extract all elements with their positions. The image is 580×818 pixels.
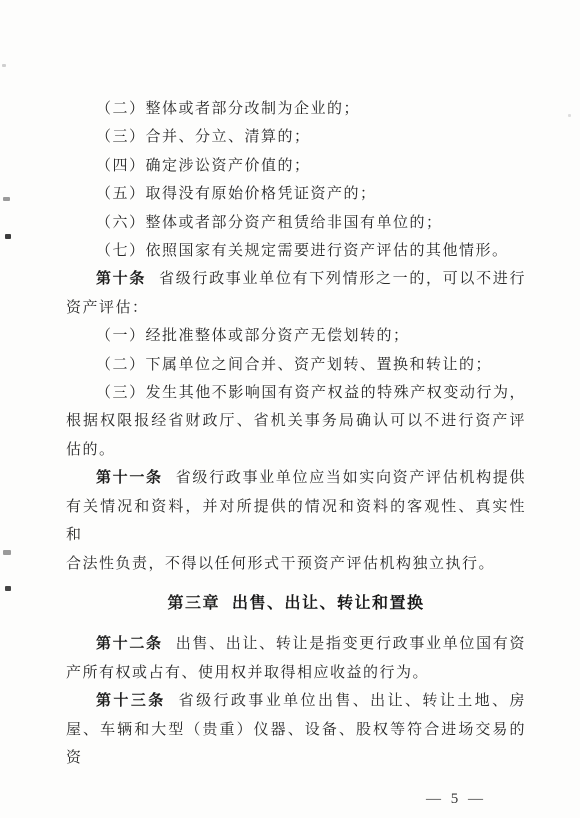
paragraph-line: 有关情况和资料，并对所提供的情况和资料的客观性、真实性和	[66, 493, 526, 550]
document-page: （二）整体或者部分改制为企业的； （三）合并、分立、清算的； （四）确定涉讼资产…	[0, 0, 580, 818]
clause-item: （一）经批准整体或部分资产无偿划转的；	[66, 322, 526, 350]
article-text: 省级行政事业单位出售、出让、转让土地、房	[179, 693, 526, 709]
scan-artifact	[3, 197, 10, 201]
clause-item: （七）依照国家有关规定需要进行资产评估的其他情形。	[66, 237, 526, 265]
clause-item: （四）确定涉讼资产价值的；	[66, 152, 526, 180]
scan-artifact	[568, 114, 571, 117]
paragraph-line: 产所有权或占有、使用权并取得相应收益的行为。	[66, 659, 526, 687]
scan-artifact	[2, 64, 6, 67]
article-line: 第十条省级行政事业单位有下列情形之一的，可以不进行	[66, 265, 526, 293]
paragraph-line: 估的。	[66, 436, 526, 464]
clause-item: （三）合并、分立、清算的；	[66, 123, 526, 151]
article-text: 省级行政事业单位应当如实向资产评估机构提供	[176, 470, 526, 486]
paragraph-line: 资产评估：	[66, 294, 526, 322]
article-text: 出售、出让、转让是指变更行政事业单位国有资	[176, 636, 526, 652]
article-line: 第十三条省级行政事业单位出售、出让、转让土地、房	[66, 687, 526, 715]
article-line: 第十一条省级行政事业单位应当如实向资产评估机构提供	[66, 464, 526, 492]
document-body: （二）整体或者部分改制为企业的； （三）合并、分立、清算的； （四）确定涉讼资产…	[66, 95, 526, 814]
article-text: 省级行政事业单位有下列情形之一的，可以不进行	[159, 271, 526, 287]
clause-item: （三）发生其他不影响国有资产权益的特殊产权变动行为，	[66, 379, 526, 407]
clause-item: （二）下属单位之间合并、资产划转、置换和转让的；	[66, 351, 526, 379]
scan-artifact	[5, 234, 11, 239]
chapter-title: 出售、出让、转让和置换	[232, 595, 425, 612]
scan-artifact	[5, 586, 11, 591]
chapter-number-label: 第三章	[167, 595, 220, 612]
article-line: 第十二条出售、出让、转让是指变更行政事业单位国有资	[66, 630, 526, 658]
article-number-label: 第十三条	[96, 693, 166, 709]
article-number-label: 第十条	[96, 271, 146, 287]
article-number-label: 第十一条	[96, 470, 163, 486]
paragraph-line: 根据权限报经省财政厅、省机关事务局确认可以不进行资产评	[66, 407, 526, 435]
paragraph-line: 合法性负责，不得以任何形式干预资产评估机构独立执行。	[66, 550, 526, 578]
clause-item: （二）整体或者部分改制为企业的；	[66, 95, 526, 123]
chapter-heading: 第三章出售、出让、转让和置换	[66, 590, 526, 618]
clause-item: （六）整体或者部分资产租赁给非国有单位的；	[66, 209, 526, 237]
scan-artifact	[3, 550, 11, 555]
article-number-label: 第十二条	[96, 636, 163, 652]
page-number: — 5 —	[66, 785, 526, 813]
clause-item: （五）取得没有原始价格凭证资产的；	[66, 180, 526, 208]
paragraph-line: 屋、车辆和大型（贵重）仪器、设备、股权等符合进场交易的资	[66, 716, 526, 773]
